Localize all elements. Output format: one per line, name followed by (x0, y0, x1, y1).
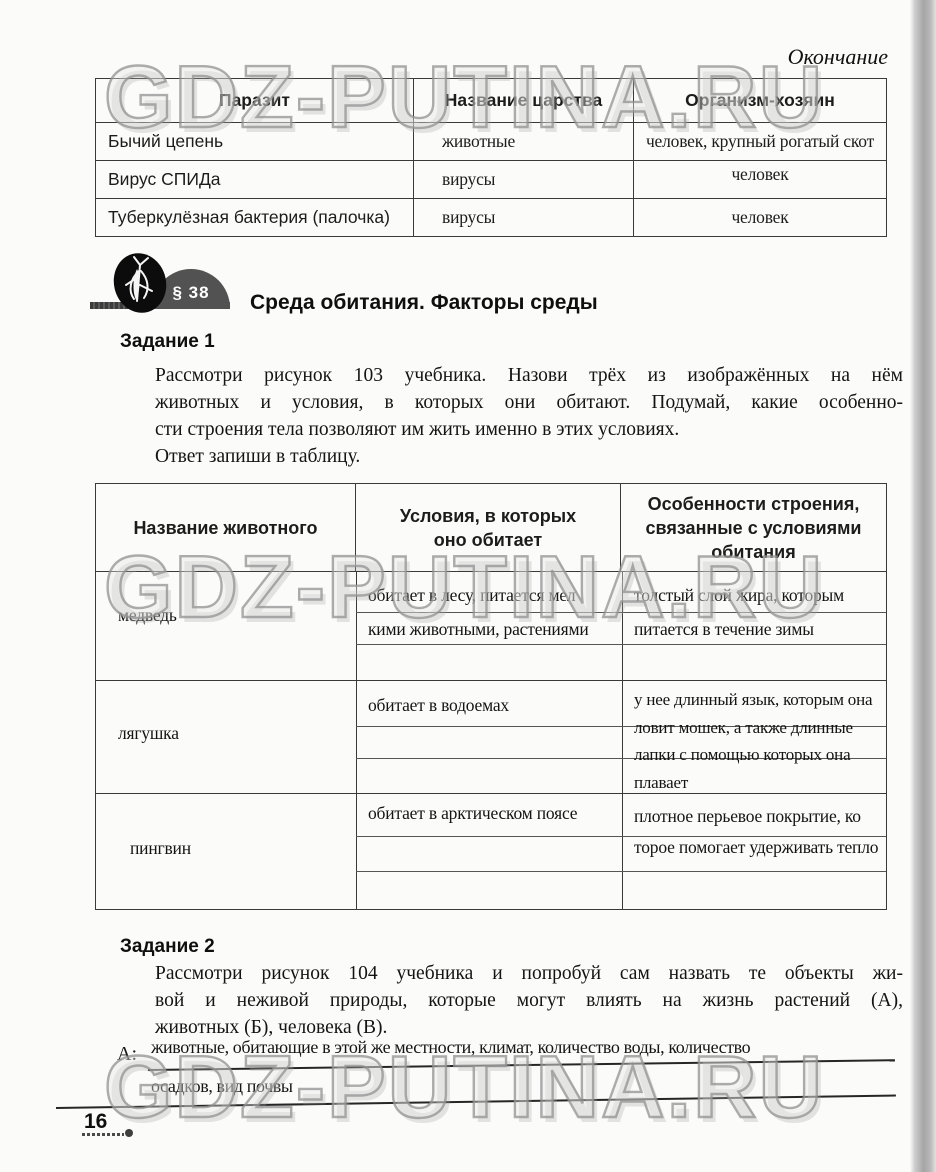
answer-a-label: А: (117, 1043, 137, 1066)
table-row: Вирус СПИДа вирусы человек (96, 161, 886, 199)
section-number: § 38 (172, 283, 209, 309)
text-line: Ответ запиши в таблицу. (155, 443, 903, 470)
conditions-answer: обитает в водоемах (368, 695, 616, 716)
task2-label: Задание 2 (120, 936, 215, 958)
task2-text: Рассмотри рисунок 104 учебника и попробу… (155, 960, 903, 1041)
text-line: вой и неживой природы, которые могут вли… (155, 987, 903, 1014)
answer-text-line: животные, обитающие в этой же местности,… (151, 1037, 750, 1058)
column-header-animal: Название животного (96, 484, 356, 571)
answer-text-line: осадков, вид почвы (151, 1076, 293, 1097)
column-header-parasite: Паразит (96, 79, 414, 122)
continuation-label: Окончание (788, 44, 888, 70)
text-line: животных и условия, в которых они обитаю… (155, 389, 903, 416)
writing-rule (356, 871, 886, 872)
animal-answer: лягушка (118, 723, 179, 744)
animal-answer: медведь (118, 605, 177, 626)
table-row-frog: лягушка обитает в водоемах у нее длинный… (96, 681, 886, 794)
page-number: 16 (84, 1110, 107, 1134)
parasite-name: Бычий цепень (96, 123, 414, 160)
conditions-answer: обитает в лесу, питается мел кими животн… (368, 578, 616, 646)
text-line: сти строения тела позволяют им жить имен… (155, 416, 903, 443)
parasite-name: Вирус СПИДа (96, 161, 414, 198)
column-header-features: Особенности строения, связанные с услови… (621, 484, 886, 571)
host-answer: человек, крупный рогатый скот (634, 123, 886, 160)
habitat-table: Название животного Условия, в которых он… (95, 483, 887, 910)
answer-writing-line (148, 1059, 895, 1071)
features-answer: толстый слой жира, которым питается в те… (634, 578, 884, 646)
page-number-underline (82, 1133, 124, 1136)
table-row-bear: медведь обитает в лесу, питается мел ким… (96, 572, 886, 681)
workbook-page: Окончание Паразит Название царства Орган… (0, 0, 936, 1172)
column-header-conditions: Условия, в которых оно обитает (356, 484, 621, 571)
text-line: Рассмотри рисунок 103 учебника. Назови т… (155, 362, 903, 389)
page-number-dot (125, 1129, 133, 1137)
task1-label: Задание 1 (120, 331, 215, 353)
kingdom-answer: вирусы (414, 199, 634, 236)
habitat-table-header-row: Название животного Условия, в которых он… (96, 484, 886, 572)
table-row: Туберкулёзная бактерия (палочка) вирусы … (96, 199, 886, 236)
table-row-penguin: пингвин обитает в арктическом поясе плот… (96, 794, 886, 909)
features-answer: плотное перьевое покрытие, ко торое помо… (634, 801, 884, 863)
insect-icon (110, 251, 170, 315)
table-row: Бычий цепень животные человек, крупный р… (96, 123, 886, 161)
parasite-table-header-row: Паразит Название царства Организм-хозяин (96, 79, 886, 123)
parasite-name: Туберкулёзная бактерия (палочка) (96, 199, 414, 236)
column-header-host: Организм-хозяин (634, 79, 886, 122)
text-line: Рассмотри рисунок 104 учебника и попробу… (155, 960, 903, 987)
host-answer: человек (634, 199, 886, 236)
kingdom-answer: вирусы (414, 161, 634, 198)
features-answer: у нее длинный язык, которым она ловит мо… (634, 686, 884, 796)
column-header-kingdom: Название царства (414, 79, 634, 122)
task1-text: Рассмотри рисунок 103 учебника. Назови т… (155, 362, 903, 470)
parasite-table: Паразит Название царства Организм-хозяин… (95, 78, 887, 237)
section-title: Среда обитания. Факторы среды (250, 291, 598, 315)
kingdom-answer: животные (414, 123, 634, 160)
conditions-answer: обитает в арктическом поясе (368, 803, 616, 824)
page-edge-shadow (910, 0, 936, 1172)
host-answer: человек (634, 161, 886, 198)
animal-answer: пингвин (130, 838, 191, 859)
